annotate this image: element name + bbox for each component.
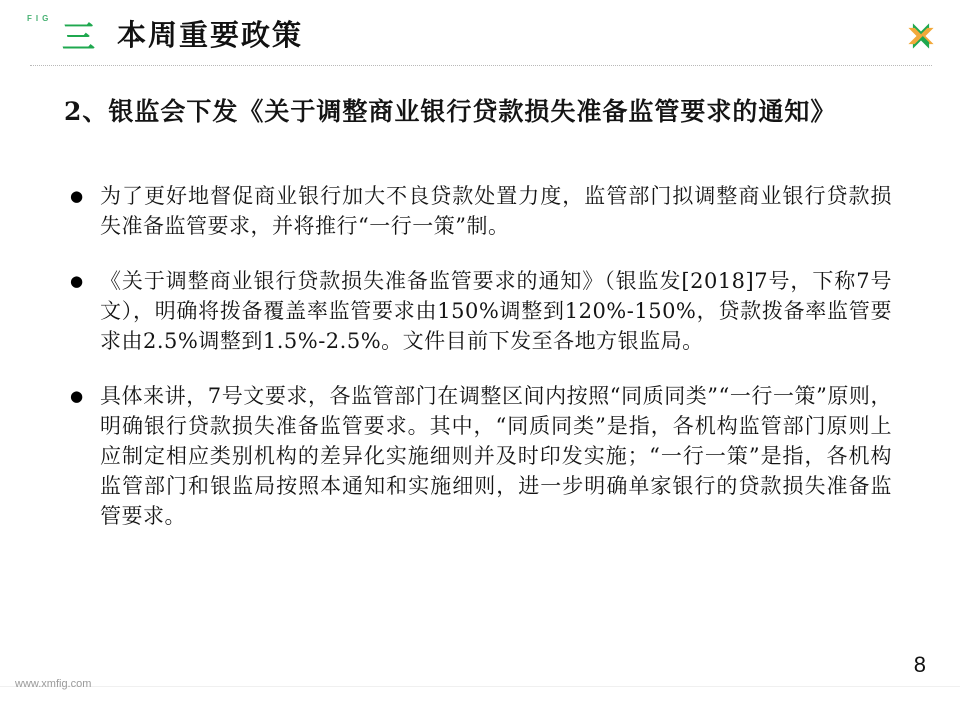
- list-item: ● 《关于调整商业银行贷款损失准备监管要求的通知》（银监发[2018]7号，下称…: [70, 266, 892, 356]
- bullet-text: 为了更好地督促商业银行加大不良贷款处置力度，监管部门拟调整商业银行贷款损失准备监…: [100, 181, 892, 241]
- bullet-icon: ●: [70, 181, 100, 241]
- list-item: ● 为了更好地督促商业银行加大不良贷款处置力度，监管部门拟调整商业银行贷款损失准…: [70, 181, 892, 241]
- bullet-text: 《关于调整商业银行贷款损失准备监管要求的通知》（银监发[2018]7号，下称7号…: [100, 266, 892, 356]
- footer-divider: [0, 686, 960, 687]
- slide-subtitle: 2、银监会下发《关于调整商业银行贷款损失准备监管要求的通知》: [64, 92, 924, 128]
- list-item: ● 具体来讲，7号文要求，各监管部门在调整区间内按照“同质同类”“一行一策”原则…: [70, 381, 892, 531]
- page-number: 8: [914, 652, 926, 678]
- fig-watermark: FIG: [27, 14, 52, 23]
- slide-header: FIG 三 本周重要政策: [0, 0, 960, 67]
- page-title: 本周重要政策: [117, 22, 303, 51]
- bullet-list: ● 为了更好地督促商业银行加大不良贷款处置力度，监管部门拟调整商业银行贷款损失准…: [70, 181, 892, 556]
- slide: FIG 三 本周重要政策 2、银监会下发《关于调整商业银行贷款损失准备监管要求的…: [0, 0, 960, 720]
- bullet-icon: ●: [70, 266, 100, 356]
- website-url: www.xmfig.com: [15, 678, 91, 690]
- bullet-icon: ●: [70, 381, 100, 531]
- header-divider: [30, 65, 932, 66]
- section-marker-icon: 三: [62, 21, 95, 52]
- company-logo-icon: [903, 18, 939, 54]
- bullet-text: 具体来讲，7号文要求，各监管部门在调整区间内按照“同质同类”“一行一策”原则，明…: [100, 381, 892, 531]
